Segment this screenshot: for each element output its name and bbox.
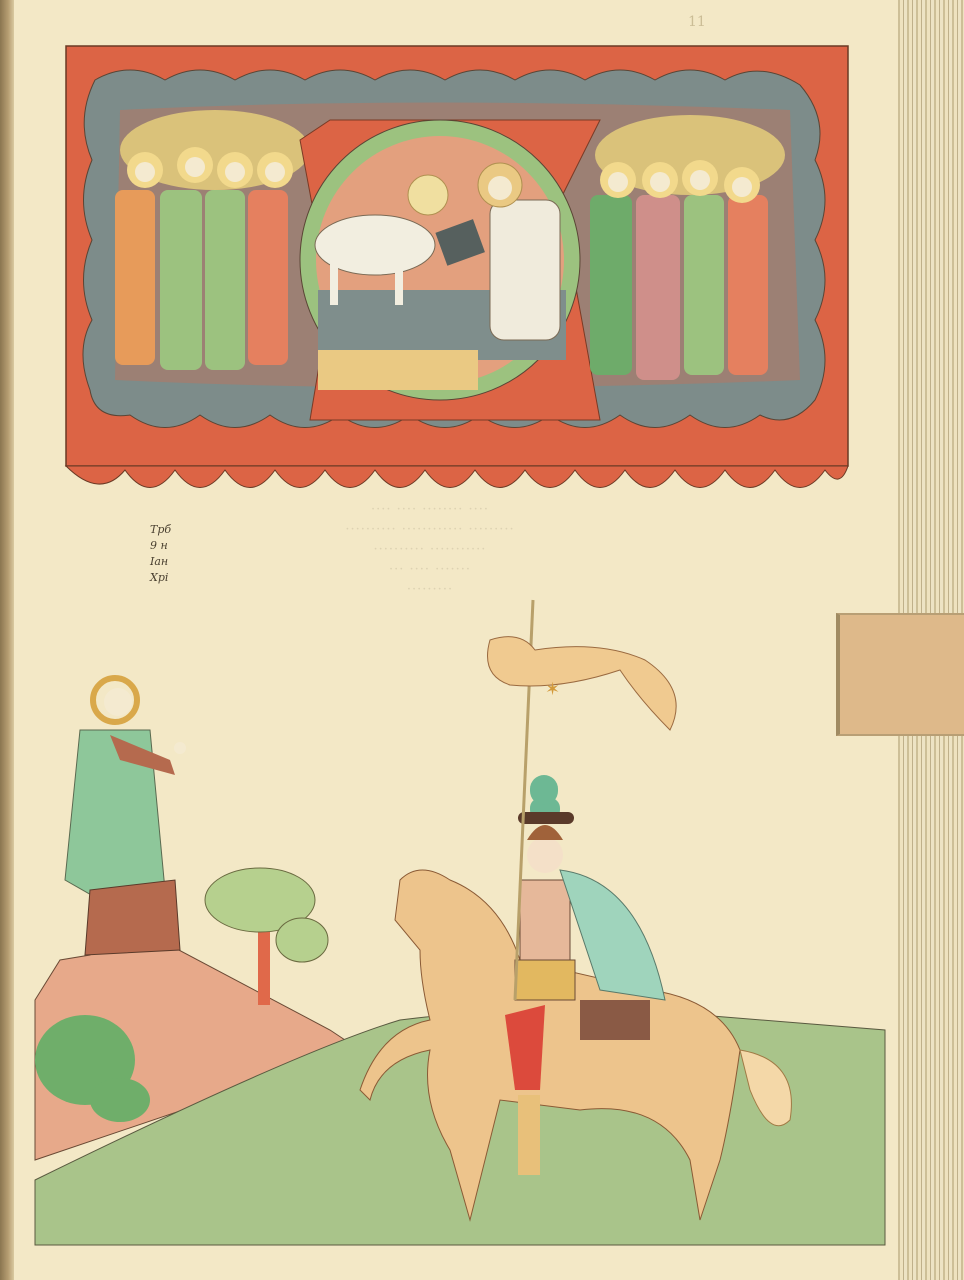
svg-text:✶: ✶ xyxy=(545,679,560,700)
central-throne-mandorla xyxy=(300,120,600,420)
lower-panel-landscape: ✶ xyxy=(35,600,885,1245)
haloed-saint xyxy=(65,678,186,955)
upper-panel-heavenly-scene xyxy=(66,46,848,488)
banner-with-star: ✶ xyxy=(488,600,677,1000)
illumination-artwork: ✶ xyxy=(0,0,964,1280)
angel-host-right xyxy=(590,115,785,380)
angel-host-left xyxy=(115,110,310,370)
manuscript-page: 11 ···· ···· ········ ···· ·········· ··… xyxy=(0,0,964,1280)
